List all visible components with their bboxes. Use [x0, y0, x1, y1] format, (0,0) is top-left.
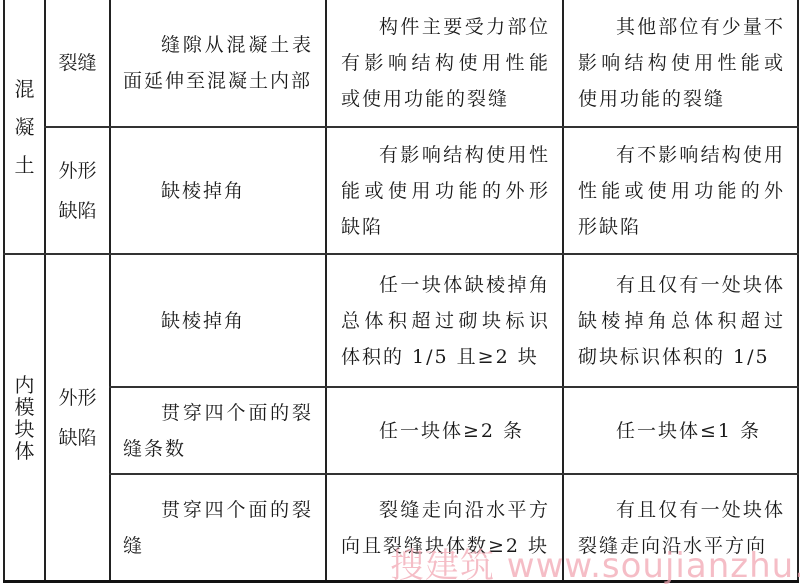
serious-defect-cell: 构件主要受力部位有影响结构使用性能或使用功能的裂缝 [327, 0, 562, 126]
type-label: 外形缺陷 [56, 378, 100, 458]
type-label: 外形缺陷 [56, 151, 100, 231]
type-cell-shape-defect: 外形缺陷 [46, 128, 109, 253]
item-cell: 缝隙从混凝土表面延伸至混凝土内部 [111, 0, 325, 126]
category-label: 内模块体 [14, 374, 36, 462]
general-defect-cell: 有不影响结构使用性能或使用功能的外形缺陷 [564, 128, 797, 253]
item-text: 贯穿四个面的裂缝 [123, 492, 313, 564]
item-cell: 贯穿四个面的裂缝 [111, 475, 325, 580]
general-defect-text: 其他部位有少量不影响结构使用性能或使用功能的裂缝 [578, 9, 785, 117]
category-label: 混凝土 [14, 70, 36, 184]
type-cell-shape-defect: 外形缺陷 [46, 255, 109, 580]
serious-defect-text: 任一块体缺棱掉角总体积超过砌块标识体积的 1/5 且≥2 块 [341, 267, 550, 375]
table-border-right [797, 0, 799, 583]
item-text: 缝隙从混凝土表面延伸至混凝土内部 [123, 27, 313, 99]
serious-defect-cell: 裂缝走向沿水平方向且裂缝块体数≥2 块 [327, 475, 562, 580]
serious-defect-text: 裂缝走向沿水平方向且裂缝块体数≥2 块 [341, 492, 550, 564]
serious-defect-text: 有影响结构使用性能或使用功能的外形缺陷 [341, 137, 550, 245]
item-cell: 缺棱掉角 [111, 255, 325, 386]
serious-defect-text: 任一块体≥2 条 [341, 413, 524, 449]
serious-defect-text: 构件主要受力部位有影响结构使用性能或使用功能的裂缝 [341, 9, 550, 117]
serious-defect-cell: 有影响结构使用性能或使用功能的外形缺陷 [327, 128, 562, 253]
general-defect-cell: 有且仅有一处块体裂缝走向沿水平方向 [564, 475, 797, 580]
general-defect-cell: 任一块体≤1 条 [564, 388, 797, 473]
item-text: 缺棱掉角 [123, 173, 245, 209]
general-defect-text: 有不影响结构使用性能或使用功能的外形缺陷 [578, 137, 785, 245]
general-defect-cell: 其他部位有少量不影响结构使用性能或使用功能的裂缝 [564, 0, 797, 126]
type-label: 裂缝 [46, 44, 109, 82]
general-defect-cell: 有且仅有一处块体缺棱掉角总体积超过砌块标识体积的 1/5 [564, 255, 797, 386]
item-cell: 缺棱掉角 [111, 128, 325, 253]
item-text: 缺棱掉角 [123, 303, 245, 339]
table-border-bottom [3, 580, 799, 583]
item-text: 贯穿四个面的裂缝条数 [123, 395, 313, 467]
serious-defect-cell: 任一块体≥2 条 [327, 388, 562, 473]
general-defect-text: 任一块体≤1 条 [578, 413, 761, 449]
serious-defect-cell: 任一块体缺棱掉角总体积超过砌块标识体积的 1/5 且≥2 块 [327, 255, 562, 386]
item-cell: 贯穿四个面的裂缝条数 [111, 388, 325, 473]
category-cell-concrete: 混凝土 [5, 0, 44, 253]
category-cell-inner-block: 内模块体 [5, 255, 44, 580]
general-defect-text: 有且仅有一处块体裂缝走向沿水平方向 [578, 492, 785, 564]
general-defect-text: 有且仅有一处块体缺棱掉角总体积超过砌块标识体积的 1/5 [578, 267, 785, 375]
type-cell-crack: 裂缝 [46, 0, 109, 126]
